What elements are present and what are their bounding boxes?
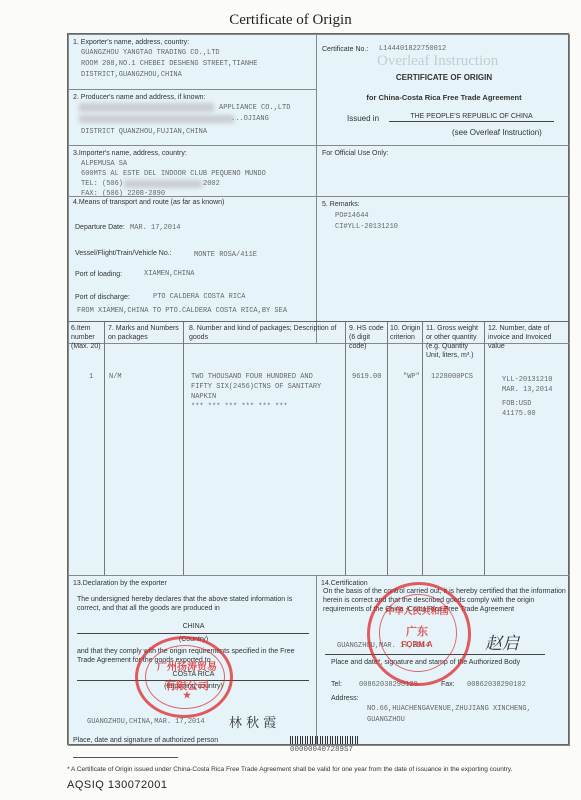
- importer-label: 3.Importer's name, address, country:: [73, 149, 187, 158]
- invoice-number: YLL-20131210: [502, 375, 552, 385]
- col-header-origin: 10. Origin criterion: [390, 324, 422, 342]
- declaration-text-1: The undersigned hereby declares that the…: [77, 595, 312, 613]
- official-use-label: For Official Use Only:: [322, 149, 388, 158]
- aqsiq-number: AQSIQ 130072001: [67, 779, 167, 791]
- loading-value: XIAMEN,CHINA: [144, 269, 194, 279]
- marks-value: N/M: [109, 372, 122, 382]
- box-exporter-declaration: 13.Declaration by the exporter The under…: [68, 575, 317, 746]
- declaration-label: 13.Declaration by the exporter: [73, 579, 167, 588]
- fax-label: Fax:: [441, 680, 455, 689]
- description-line-2: FIFTY SIX(2456)CTNS OF SANITARY: [191, 382, 321, 392]
- declaration-country: CHINA: [69, 622, 318, 631]
- producer-line-2: ...OJIANG: [231, 114, 269, 124]
- route-value: FROM XIAMEN,CHINA TO PTO.CALDERA COSTA R…: [77, 306, 287, 316]
- exporter-line-2: ROOM 208,NO.1 CHEBEI DESHENG STREET,TIAN…: [81, 59, 257, 69]
- stamp-text-1: 中华人民共和国: [377, 604, 457, 617]
- producer-line-1: APPLIANCE CO.,LTD: [219, 103, 290, 113]
- footnote-divider: [73, 757, 178, 758]
- cert-subheading: for China-Costa Rica Free Trade Agreemen…: [317, 93, 571, 102]
- importer-line-2: 600MTS AL ESTE DEL INDOOR CLUB PEQUENO M…: [81, 169, 266, 179]
- document-title: Certificate of Origin: [0, 12, 581, 29]
- producer-label: 2. Producer's name and address, if known…: [73, 93, 205, 102]
- exporter-line-3: DISTRICT,GUANGZHOU,CHINA: [81, 70, 182, 80]
- stamp-text-2: 广东: [377, 623, 457, 639]
- exporter-signature: 林 秋 霞: [229, 712, 276, 731]
- authority-signature: 赵启: [485, 629, 519, 654]
- footnote: * A Certificate of Origin issued under C…: [67, 766, 512, 773]
- origin-value: "WP": [403, 372, 420, 382]
- col-header-marks: 7. Marks and Numbers on packages: [108, 324, 182, 342]
- overleaf-note: (see Overleaf Instruction): [452, 128, 542, 137]
- invoice-value: 41175.00: [502, 409, 536, 419]
- certificate-form: 1. Exporter's name, address, country: GU…: [67, 33, 569, 745]
- col-header-invoice: 12. Number, date of invoice and Invoiced…: [488, 324, 568, 351]
- box-certification: 14.Certification On the basis of the con…: [316, 575, 570, 746]
- discharge-value: PTO CALDERA COSTA RICA: [153, 292, 245, 302]
- cert-no-label: Certificate No.:: [322, 45, 368, 54]
- box-producer: 2. Producer's name and address, if known…: [68, 89, 317, 146]
- importer-tel: TEL: (506): [81, 179, 123, 189]
- address-line-2: GUANGZHOU: [367, 715, 405, 725]
- redacted-block: [124, 180, 202, 188]
- description-line-3: NAPKIN: [191, 392, 216, 402]
- goods-table: 6.Item number (Max. 20) 7. Marks and Num…: [68, 321, 570, 576]
- stamp-text-3: FORM A: [377, 640, 457, 649]
- description-line-4: *** *** *** *** *** ***: [191, 402, 288, 412]
- invoice-terms: FOB:USD: [502, 399, 531, 409]
- exporter-label: 1. Exporter's name, address, country:: [73, 38, 189, 47]
- redacted-block: [79, 103, 214, 112]
- address-label: Address:: [331, 694, 359, 703]
- tel-label: Tel:: [331, 680, 342, 689]
- vessel-value: MONTE ROSA/411E: [194, 250, 257, 260]
- transport-label: 4.Means of transport and route (as far a…: [73, 198, 224, 207]
- remark-line-1: PO#14644: [335, 211, 369, 221]
- certificate-header: Certificate No.: L144401822750012 Overle…: [316, 34, 570, 146]
- redacted-block: [79, 115, 234, 123]
- col-header-item: 6.Item number (Max. 20): [71, 324, 103, 351]
- col-header-hs-code: 9. HS code (6 digit code): [349, 324, 385, 351]
- exporter-line-1: GUANGZHOU YANGTAO TRADING CO.,LTD: [81, 48, 220, 58]
- col-header-description: 8. Number and kind of packages; Descript…: [189, 324, 343, 342]
- importer-line-1: ALPEMUSA SA: [81, 159, 127, 169]
- col-header-quantity: 11. Gross weight or other quantity (e.g.…: [426, 324, 483, 360]
- fax-value: 00862038290102: [467, 680, 526, 690]
- cert-heading: CERTIFICATE OF ORIGIN: [317, 73, 571, 82]
- stamp-text-1: 广州扬涛贸易: [149, 658, 225, 673]
- producer-line-3: DISTRICT QUANZHOU,FUJIAN,CHINA: [81, 127, 207, 137]
- vessel-label: Vessel/Flight/Train/Vehicle No.:: [75, 249, 172, 258]
- issued-in-label: Issued in: [347, 114, 379, 123]
- box-importer: 3.Importer's name, address, country: ALP…: [68, 145, 317, 197]
- issued-in-country: THE PEOPLE'S REPUBLIC OF CHINA: [389, 113, 554, 122]
- barcode-icon: [290, 736, 360, 744]
- description-line-1: TWO THOUSAND FOUR HUNDRED AND: [191, 372, 313, 382]
- box-official-use: For Official Use Only:: [316, 145, 570, 197]
- departure-label: Departure Date:: [75, 223, 125, 232]
- quantity-value: 1228000PCS: [431, 372, 473, 382]
- invoice-date: MAR. 13,2014: [502, 385, 552, 395]
- exporter-place-date: GUANGZHOU,CHINA,MAR. 17,2014: [87, 717, 205, 727]
- box-exporter: 1. Exporter's name, address, country: GU…: [68, 34, 317, 90]
- importer-tel-suffix: 2002: [203, 179, 220, 189]
- star-icon: ★: [172, 690, 202, 701]
- hs-code-value: 9619.00: [352, 372, 381, 382]
- remark-line-2: CI#YLL-20131210: [335, 222, 398, 232]
- exporter-footer-label: Place, date and signature of authorized …: [73, 736, 218, 745]
- discharge-label: Port of discharge:: [75, 293, 130, 302]
- loading-label: Port of loading:: [75, 270, 122, 279]
- importer-fax: FAX: (506) 2208-2890: [81, 189, 165, 196]
- remarks-label: 5. Remarks:: [322, 200, 360, 209]
- departure-date: MAR. 17,2014: [130, 223, 180, 233]
- item-number: 1: [89, 372, 93, 382]
- watermark-text: Overleaf Instruction: [377, 53, 498, 70]
- barcode-number: 000000407289S7: [290, 745, 353, 755]
- address-line-1: NO.66,HUACHENGAVENUE,ZHUJIANG XINCHENG,: [367, 704, 531, 714]
